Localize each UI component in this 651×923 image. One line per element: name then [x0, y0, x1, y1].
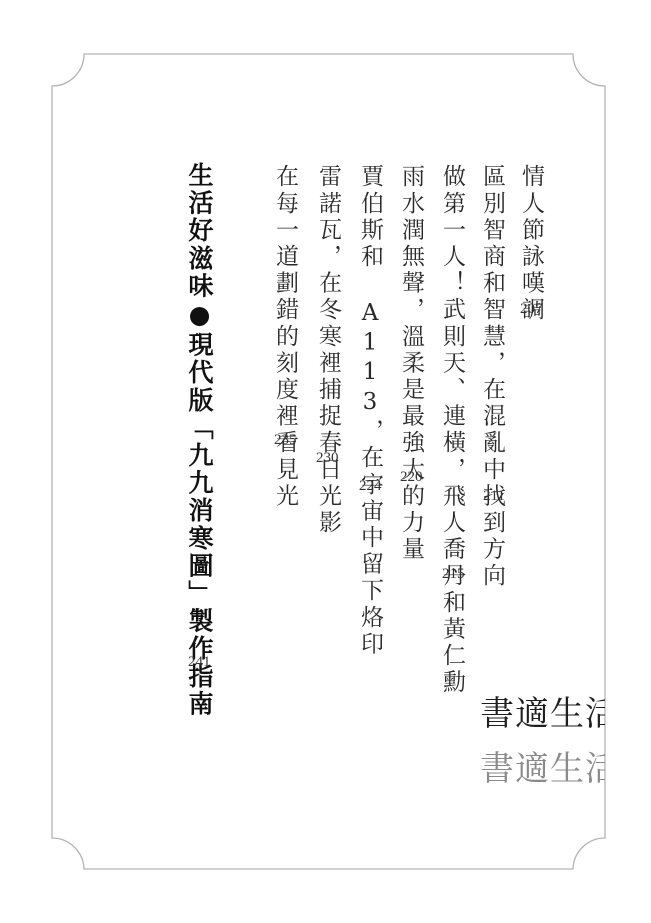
toc-entry-title: 區別智商和智慧，在混亂中找到方向	[480, 164, 503, 590]
toc-page-number: 224	[359, 478, 382, 495]
toc-entry-title: 賈伯斯和 A113，在宇宙中留下烙印	[358, 164, 381, 658]
appendix-entry[interactable]: 生活好滋味●現代版「九九消寒圖」製作指南	[187, 162, 212, 718]
toc-entry[interactable]: 賈伯斯和 A113，在宇宙中留下烙印	[358, 164, 381, 658]
watermark-line-dark: 書適生活	[480, 686, 559, 735]
watermark-line-light: 書適生活	[480, 741, 559, 790]
watermark: 書適生活 書適生活	[460, 680, 605, 790]
toc-page-number: 235	[274, 432, 297, 449]
toc-entry-title: 情人節詠嘆調	[519, 164, 542, 324]
appendix-title: 生活好滋味●現代版「九九消寒圖」製作指南	[187, 162, 212, 718]
bullet-icon: ●	[187, 300, 212, 332]
toc-entry-title: 在每一道劃錯的刻度裡看見光	[273, 164, 296, 510]
toc-entry[interactable]: 情人節詠嘆調	[519, 164, 542, 324]
toc-entry[interactable]: 做第一人！武則天、連橫，飛人喬丹和黃仁勳	[440, 164, 463, 696]
toc-page-number: 220	[400, 469, 423, 486]
toc-entry-title: 雷諾瓦，在冬寒裡捕捉春日光影	[316, 164, 339, 536]
toc-entry-title: 雨水潤無聲，溫柔是最強大的力量	[399, 164, 422, 563]
toc-entry[interactable]: 雨水潤無聲，溫柔是最強大的力量	[399, 164, 422, 563]
toc-page-number: 230	[316, 450, 339, 467]
toc-entry[interactable]: 雷諾瓦，在冬寒裡捕捉春日光影	[316, 164, 339, 536]
toc-entry-title: 做第一人！武則天、連橫，飛人喬丹和黃仁勳	[440, 164, 463, 696]
toc-entry[interactable]: 區別智商和智慧，在混亂中找到方向	[480, 164, 503, 590]
appendix-page-number: 241	[188, 654, 211, 671]
toc-entry[interactable]: 在每一道劃錯的刻度裡看見光	[273, 164, 296, 510]
toc-page-number: 215	[442, 566, 465, 583]
toc-page-number: 211	[483, 488, 505, 505]
toc-page-number: 207	[520, 301, 543, 318]
appendix-title-part1: 生活好滋味	[185, 162, 214, 300]
